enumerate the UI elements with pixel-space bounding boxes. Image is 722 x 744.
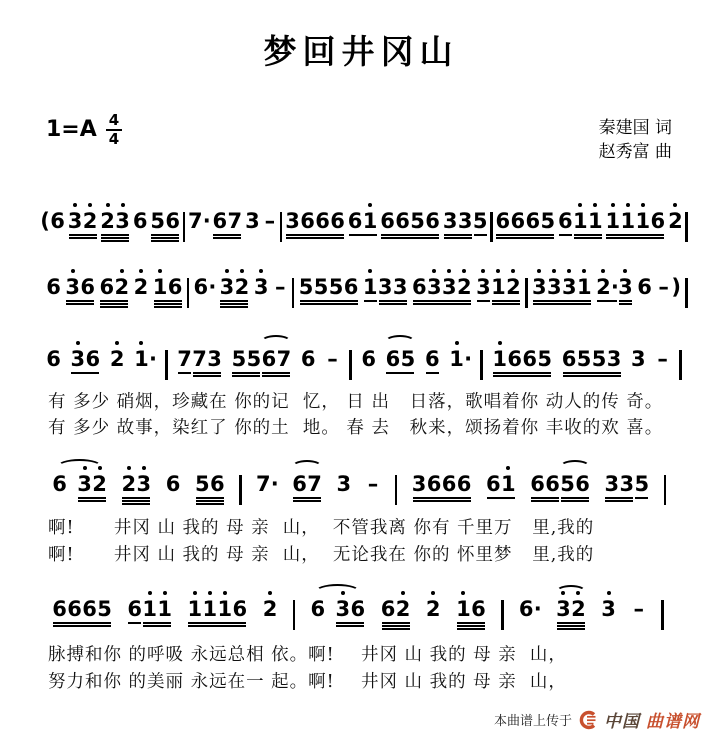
note-digit: 1 — [142, 599, 157, 620]
music-note: 3 — [601, 599, 616, 620]
music-note: 6 — [301, 349, 316, 370]
music-note: 61 — [348, 211, 378, 232]
note-segment: 56 — [560, 474, 590, 495]
note-digit: · — [464, 349, 471, 370]
sheet-music-page: 梦回井冈山 1=A 4 4 秦建国 词 赵秀富 曲 (632236567·673… — [0, 0, 722, 744]
note-digit: – — [262, 211, 277, 232]
octave-dot — [431, 591, 435, 595]
music-note: 611 — [558, 211, 603, 232]
note-digit: 6 — [52, 599, 67, 620]
note-digit: 6 — [522, 349, 537, 370]
music-note: 36 — [70, 349, 100, 370]
note-digit: 3 — [412, 474, 427, 495]
music-note: 2 — [263, 599, 278, 620]
note-segment: 2 — [133, 277, 148, 298]
octave-dot — [208, 591, 212, 595]
note-segment: 1· — [134, 349, 156, 370]
site-name-1: 中国 — [604, 707, 640, 732]
octave-dot — [511, 269, 515, 273]
note-digit: 1 — [187, 599, 202, 620]
note-digit: 3 — [378, 277, 393, 298]
note-digit: 5 — [314, 277, 329, 298]
octave-dot — [607, 591, 611, 595]
octave-dot — [240, 269, 244, 273]
site-logo-icon — [578, 710, 598, 730]
note-digit: · — [203, 211, 210, 232]
note-digit: 3 — [556, 599, 571, 620]
note-digit: 6 — [232, 599, 247, 620]
note-segment: 56 — [150, 211, 180, 232]
octave-dot — [115, 341, 119, 345]
note-digit: 6 — [519, 599, 534, 620]
music-note: 32 — [68, 211, 98, 232]
note-digit: · — [149, 349, 156, 370]
note-segment: 6 — [301, 349, 316, 370]
music-note: –) — [656, 277, 681, 298]
note-digit: 6 — [310, 599, 325, 620]
note-digit: 5 — [150, 211, 165, 232]
note-segment: 6 — [46, 277, 61, 298]
note-digit: 6 — [650, 211, 665, 232]
note-digit: 6 — [425, 349, 440, 370]
note-digit: 1 — [635, 211, 650, 232]
lyrics-line-3: 啊! 井冈 山 我的 母 亲 山， 不管我离 你有 千里万 里,我的 — [48, 514, 594, 539]
music-note: 16 — [153, 277, 183, 298]
note-segment: 32 — [68, 211, 98, 232]
note-digit: 3 — [285, 211, 300, 232]
note-digit: 6 — [637, 277, 652, 298]
music-note: 16 — [456, 599, 486, 620]
note-segment: 61 — [486, 474, 516, 495]
music-note: 335 — [443, 211, 488, 232]
note-digit: 1 — [501, 474, 516, 495]
note-digit: 5 — [410, 211, 425, 232]
music-note: 6 — [46, 349, 61, 370]
music-note: 65 — [385, 349, 415, 370]
note-segment: 3 — [631, 349, 646, 370]
music-note: 6332 — [412, 277, 472, 298]
note-segment: 6 — [558, 211, 573, 232]
barline — [480, 350, 483, 380]
note-digit: 3 — [442, 277, 457, 298]
note-digit: 6 — [562, 349, 577, 370]
music-note: 5567 — [231, 349, 291, 370]
note-digit: 6 — [558, 211, 573, 232]
music-note: 36 — [335, 599, 365, 620]
slur-group: 632 — [52, 474, 107, 507]
note-digit: 3 — [458, 211, 473, 232]
music-note: – — [655, 349, 670, 370]
note-digit: 7 — [276, 349, 291, 370]
note-digit: 7 — [307, 474, 322, 495]
note-digit: 6 — [168, 277, 183, 298]
note-digit: 2 — [83, 211, 98, 232]
music-note: 3 — [254, 277, 269, 298]
note-digit: 1 — [620, 211, 635, 232]
note-segment: 12 — [491, 277, 521, 298]
music-note: 2 — [668, 211, 683, 232]
note-segment: – — [325, 349, 340, 370]
octave-dot — [71, 269, 75, 273]
note-segment: 6656 — [380, 211, 440, 232]
note-segment: – — [273, 277, 288, 298]
octave-dot — [139, 341, 143, 345]
note-digit: 6 — [486, 474, 501, 495]
octave-dot — [611, 203, 615, 207]
note-segment: 11 — [142, 599, 172, 620]
note-digit: – — [655, 349, 670, 370]
note-digit: 2 — [668, 211, 683, 232]
note-digit: 6 — [380, 211, 395, 232]
octave-dot — [582, 269, 586, 273]
octave-dot — [537, 269, 541, 273]
note-segment: 6 — [310, 599, 325, 620]
note-segment: 5556 — [299, 277, 359, 298]
note-digit: 3 — [393, 277, 408, 298]
music-note: 3 — [336, 474, 351, 495]
note-digit: 1 — [456, 599, 471, 620]
note-segment: 1· — [449, 349, 471, 370]
note-segment: 6· — [193, 277, 215, 298]
music-note: 6 — [46, 277, 61, 298]
note-digit: 2 — [571, 599, 586, 620]
note-digit: – — [656, 277, 671, 298]
note-digit: 6 — [471, 599, 486, 620]
note-segment: 67 — [292, 474, 322, 495]
note-digit: 2 — [596, 277, 611, 298]
note-digit: ) — [671, 277, 681, 298]
note-segment: 7 — [177, 349, 192, 370]
note-segment: 16 — [153, 277, 183, 298]
octave-dot — [455, 341, 459, 345]
note-digit: 5 — [473, 211, 488, 232]
note-digit: 6 — [545, 474, 560, 495]
note-segment: 6 — [361, 349, 376, 370]
lyrics-line-6: 努力和你 的美丽 永远在一 起。啊! 井冈 山 我的 母 亲 山， — [48, 668, 567, 693]
music-line-3: 63621·77355676–66561·166565533– — [46, 330, 682, 382]
note-digit: 6 — [507, 349, 522, 370]
note-digit: 1 — [134, 349, 149, 370]
music-note: 312 — [476, 277, 521, 298]
music-note: 773 — [177, 349, 222, 370]
music-note: 3666 — [412, 474, 472, 495]
music-note: 1116 — [187, 599, 247, 620]
octave-dot — [83, 466, 87, 470]
music-note: 67 — [292, 474, 322, 495]
music-note: 6 — [52, 474, 67, 495]
music-note: 3 — [631, 349, 646, 370]
lyrics-line-5: 脉搏和你 的呼吸 永远总相 依。啊! 井冈 山 我的 母 亲 山， — [48, 641, 567, 666]
note-digit: 5 — [246, 349, 261, 370]
octave-dot — [432, 269, 436, 273]
note-segment: 6332 — [412, 277, 472, 298]
note-digit: · — [611, 277, 618, 298]
octave-dot — [193, 591, 197, 595]
music-note: 6665 — [495, 211, 555, 232]
octave-dot — [259, 269, 263, 273]
note-digit: 3 — [532, 277, 547, 298]
note-digit: 6 — [301, 349, 316, 370]
music-note: 6656 — [380, 211, 440, 232]
note-digit: 5 — [540, 211, 555, 232]
note-segment: 7· — [256, 474, 278, 495]
note-segment: 6 — [52, 474, 67, 495]
note-digit: 5 — [634, 474, 649, 495]
barline — [525, 278, 528, 308]
note-digit: – — [631, 599, 646, 620]
note-digit: 6 — [395, 211, 410, 232]
music-line-1: (632236567·673–3666616656335666561111162 — [40, 192, 688, 244]
music-note: 611 — [127, 599, 172, 620]
octave-dot — [76, 341, 80, 345]
note-segment: 32 — [556, 599, 586, 620]
note-segment: 5 — [473, 211, 488, 232]
note-segment: 6 — [46, 349, 61, 370]
note-segment: 3 — [254, 277, 269, 298]
note-digit: 6 — [80, 277, 95, 298]
barline — [490, 212, 493, 242]
note-digit: 3 — [604, 474, 619, 495]
octave-dot — [601, 269, 605, 273]
note-digit: 5 — [577, 349, 592, 370]
octave-dot — [481, 269, 485, 273]
note-digit: 6 — [350, 599, 365, 620]
note-digit: 1 — [605, 211, 620, 232]
lyrics-line-1: 有 多少 硝烟，珍藏在 你的记 忆， 日 出 日落，歌唱着你 动人的传 奇。 — [48, 388, 663, 413]
octave-dot — [341, 591, 345, 595]
note-digit: 1 — [577, 277, 592, 298]
note-digit: 3 — [619, 474, 634, 495]
note-digit: 6 — [530, 474, 545, 495]
music-note: – — [631, 599, 646, 620]
barline — [501, 600, 504, 630]
song-title: 梦回井冈山 — [0, 26, 722, 73]
note-digit: 2 — [114, 277, 129, 298]
note-digit: 6 — [300, 211, 315, 232]
note-segment: 11 — [573, 211, 603, 232]
note-segment: – — [366, 474, 381, 495]
note-digit: 3 — [70, 349, 85, 370]
note-segment: 36 — [335, 599, 365, 620]
note-digit: 6 — [330, 211, 345, 232]
note-digit: · — [271, 474, 278, 495]
note-digit: 6 — [425, 211, 440, 232]
note-segment: 6665 — [495, 211, 555, 232]
note-digit: 6 — [261, 349, 276, 370]
note-segment: 66 — [530, 474, 560, 495]
note-digit: – — [366, 474, 381, 495]
note-digit: 3 — [476, 277, 491, 298]
octave-dot — [73, 203, 77, 207]
note-segment: 3 — [476, 277, 491, 298]
note-digit: 3 — [77, 474, 92, 495]
octave-dot — [121, 203, 125, 207]
note-segment: 65 — [385, 349, 415, 370]
note-segment: 62 — [99, 277, 129, 298]
music-note: 335 — [604, 474, 649, 495]
note-segment: 3666 — [412, 474, 472, 495]
music-note: 36 — [65, 277, 95, 298]
lyrics-line-4: 啊! 井冈 山 我的 母 亲 山， 无论我在 你的 怀里梦 里,我的 — [48, 541, 594, 566]
music-note: 6665 — [52, 599, 112, 620]
octave-dot — [567, 269, 571, 273]
barline — [187, 278, 190, 308]
note-segment: 6 — [166, 474, 181, 495]
music-note: 133 — [363, 277, 408, 298]
note-digit: 7 — [227, 211, 242, 232]
note-digit: 6 — [133, 211, 148, 232]
time-signature-bottom: 4 — [106, 131, 122, 148]
barline — [292, 278, 295, 308]
note-segment: 2· — [596, 277, 618, 298]
note-digit: 5 — [195, 474, 210, 495]
note-digit: 1 — [363, 277, 378, 298]
note-digit: 7 — [256, 474, 271, 495]
barline — [661, 600, 664, 630]
note-digit: 3 — [68, 211, 83, 232]
note-digit: 6 — [165, 211, 180, 232]
music-line-2: 636622166·323–5556133633231233312·36–) — [46, 258, 688, 310]
note-digit: 3 — [245, 211, 260, 232]
note-segment: 56 — [195, 474, 225, 495]
note-segment: 1665 — [492, 349, 552, 370]
music-note: 23 — [100, 211, 130, 232]
note-digit: 2 — [234, 277, 249, 298]
octave-dot — [461, 591, 465, 595]
note-digit: 2 — [506, 277, 521, 298]
note-segment: 6 — [127, 599, 142, 620]
note-digit: 3 — [336, 474, 351, 495]
octave-dot — [368, 269, 372, 273]
note-segment: 23 — [121, 474, 151, 495]
note-digit: 2 — [121, 474, 136, 495]
music-note: 1665 — [492, 349, 552, 370]
credits: 秦建国 词 赵秀富 曲 — [599, 116, 672, 164]
note-segment: 1116 — [187, 599, 247, 620]
note-digit: 1 — [363, 211, 378, 232]
music-note: 32 — [556, 599, 586, 620]
octave-dot — [626, 203, 630, 207]
octave-dot — [88, 203, 92, 207]
octave-dot — [498, 341, 502, 345]
barline — [183, 212, 186, 242]
key-signature: 1=A 4 4 — [46, 112, 122, 147]
note-digit: 1 — [492, 349, 507, 370]
time-signature-top: 4 — [106, 112, 122, 131]
note-segment: 33 — [443, 211, 473, 232]
note-digit: 6 — [442, 474, 457, 495]
note-digit: 5 — [299, 277, 314, 298]
note-segment: 61 — [348, 211, 378, 232]
barline — [664, 475, 667, 505]
octave-dot — [98, 466, 102, 470]
note-digit: 3 — [562, 277, 577, 298]
octave-dot — [401, 591, 405, 595]
note-digit: 2 — [396, 599, 411, 620]
note-segment: (6 — [40, 211, 65, 232]
octave-dot — [447, 269, 451, 273]
octave-dot — [641, 203, 645, 207]
music-note: 56 — [195, 474, 225, 495]
note-segment: 6· — [519, 599, 541, 620]
note-digit: 6 — [457, 474, 472, 495]
note-segment: 23 — [100, 211, 130, 232]
note-segment: 2 — [110, 349, 125, 370]
note-digit: 1 — [157, 599, 172, 620]
note-digit: 1 — [153, 277, 168, 298]
music-note: (6 — [40, 211, 65, 232]
note-segment: 3 — [601, 599, 616, 620]
note-digit: 2 — [263, 599, 278, 620]
note-digit: 3 — [115, 211, 130, 232]
music-note: – — [262, 211, 277, 232]
note-digit: 2 — [133, 277, 148, 298]
octave-dot — [368, 203, 372, 207]
note-digit: 6 — [381, 599, 396, 620]
watermark: 本曲谱上传于 中国 曲谱网 — [494, 707, 700, 732]
note-digit: 3 — [136, 474, 151, 495]
note-digit: 2 — [457, 277, 472, 298]
note-digit: 6 — [575, 474, 590, 495]
note-segment: 6 — [133, 211, 148, 232]
note-segment: 33 — [378, 277, 408, 298]
octave-dot — [552, 269, 556, 273]
barline — [679, 350, 682, 380]
music-note: 6656 — [530, 474, 590, 495]
barline — [239, 475, 242, 505]
octave-dot — [139, 269, 143, 273]
music-note: – — [325, 349, 340, 370]
note-digit: 6 — [85, 349, 100, 370]
note-segment: – — [262, 211, 277, 232]
octave-dot — [120, 269, 124, 273]
note-segment: 33 — [604, 474, 634, 495]
note-digit: 6 — [344, 277, 359, 298]
note-segment: 73 — [192, 349, 222, 370]
note-segment: –) — [656, 277, 681, 298]
octave-dot — [576, 591, 580, 595]
note-segment: 3666 — [285, 211, 345, 232]
time-signature: 4 4 — [106, 112, 122, 147]
music-note: 3666 — [285, 211, 345, 232]
music-note: 6 — [133, 211, 148, 232]
music-note: 6 — [637, 277, 652, 298]
note-digit: 3 — [335, 599, 350, 620]
note-digit: 7 — [188, 211, 203, 232]
note-segment: 36 — [65, 277, 95, 298]
music-note: 32 — [219, 277, 249, 298]
music-note: 56 — [150, 211, 180, 232]
note-segment: 55 — [231, 349, 261, 370]
barline — [685, 212, 688, 242]
note-digit: 6 — [315, 211, 330, 232]
music-note: 67 — [212, 211, 242, 232]
music-note: 62 — [99, 277, 129, 298]
note-segment: 6 — [637, 277, 652, 298]
octave-dot — [462, 269, 466, 273]
octave-dot — [142, 466, 146, 470]
note-digit: · — [534, 599, 541, 620]
music-note: 2 — [110, 349, 125, 370]
octave-dot — [158, 269, 162, 273]
music-note: 32 — [77, 474, 107, 495]
note-digit: 7 — [192, 349, 207, 370]
barline — [293, 600, 296, 630]
note-segment: 1116 — [605, 211, 665, 232]
octave-dot — [506, 466, 510, 470]
music-note: 62 — [381, 599, 411, 620]
note-digit: 6 — [212, 211, 227, 232]
